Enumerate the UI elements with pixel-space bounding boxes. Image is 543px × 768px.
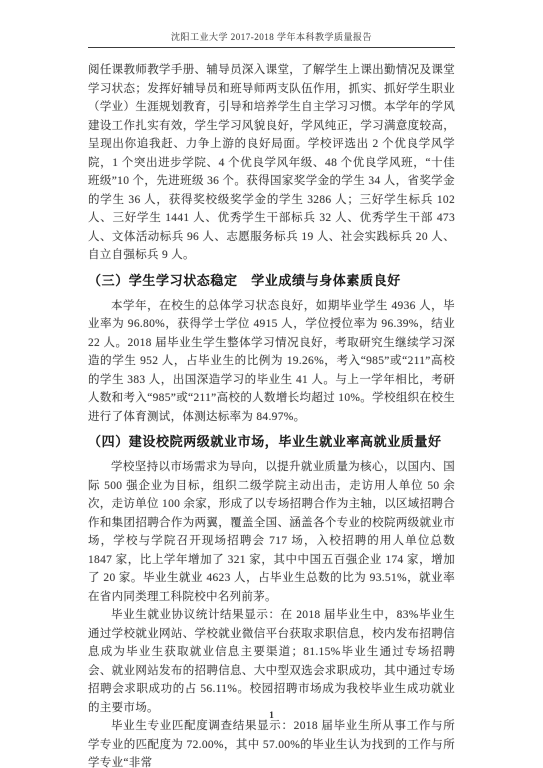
document-page: 沈阳工业大学 2017-2018 学年本科教学质量报告 阅任课教师教学手册、辅导…: [0, 0, 543, 768]
page-body: 阅任课教师教学手册、辅导员深入课堂，了解学生上课出勤情况及课堂学习状态；发挥好辅…: [88, 61, 455, 768]
paragraph-study-atmosphere-continuation: 阅任课教师教学手册、辅导员深入课堂，了解学生上课出勤情况及课堂学习状态；发挥好辅…: [88, 61, 455, 265]
paragraph-employment-market: 学校坚持以市场需求为导向，以提升就业质量为核心，以国内、国际 500 强企业为目…: [88, 458, 455, 606]
section-heading-4: （四）建设校院两级就业市场，毕业生就业率高就业质量好: [88, 433, 455, 451]
paragraph-graduation-statistics: 本学年，在校生的总体学习状态良好，如期毕业学生 4936 人，毕业率为 96.8…: [88, 297, 455, 427]
section-heading-3: （三）学生学习状态稳定 学业成绩与身体素质良好: [88, 272, 455, 290]
paragraph-major-match-survey: 毕业生专业匹配度调查结果显示：2018 届毕业生所从事工作与所学专业的匹配度为 …: [88, 717, 455, 768]
page-header: 沈阳工业大学 2017-2018 学年本科教学质量报告: [88, 0, 455, 48]
paragraph-employment-agreement-stats: 毕业生就业协议统计结果显示：在 2018 届毕业生中，83%毕业生通过学校就业网…: [88, 606, 455, 717]
running-header-title: 沈阳工业大学 2017-2018 学年本科教学质量报告: [88, 31, 455, 44]
header-divider: [88, 47, 455, 48]
page-number: 1: [269, 710, 274, 720]
page-footer: 1: [0, 705, 543, 723]
